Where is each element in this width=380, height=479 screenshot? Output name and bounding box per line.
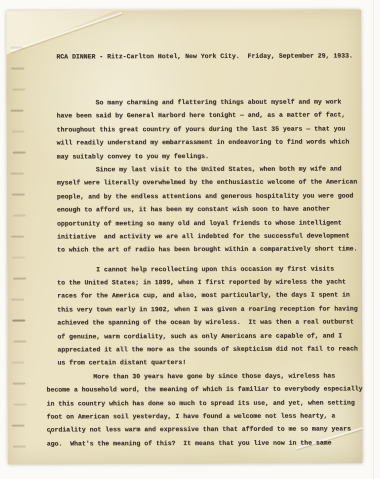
text-line: of genuine, warm cordiality, such as onl… bbox=[57, 329, 357, 343]
text-line: cordiality not less warm and expressive … bbox=[47, 423, 358, 437]
binding-mark bbox=[12, 89, 25, 91]
paragraph: I cannot help recollecting upon this occ… bbox=[57, 262, 357, 370]
text-line: have been said by General Harbord here t… bbox=[57, 109, 357, 123]
paragraph: So many charming and flattering things a… bbox=[57, 95, 357, 163]
text-line: foot on American soil yesterday, I have … bbox=[47, 409, 358, 423]
text-line: may suitably convey to you my feelings. bbox=[57, 149, 357, 163]
document-header: RCA DINNER - Ritz-Carlton Hotel, New Yor… bbox=[56, 51, 352, 61]
text-line: throughout this great country of yours d… bbox=[57, 122, 357, 136]
stray-mark: ' bbox=[48, 430, 53, 440]
text-line: us from certain distant quarters! bbox=[57, 356, 357, 370]
binding-mark bbox=[10, 47, 23, 49]
binding-mark bbox=[11, 173, 24, 175]
paragraph: More than 30 years have gone by since th… bbox=[46, 369, 357, 450]
binding-mark bbox=[13, 446, 26, 448]
binding-mark bbox=[11, 68, 24, 70]
text-line: races for the America cup, and also, mos… bbox=[57, 289, 357, 303]
text-line: appreciated it all the more as the sound… bbox=[57, 342, 357, 356]
text-line: people, and by the endless attentions an… bbox=[57, 189, 357, 203]
paper-sheet: RCA DINNER - Ritz-Carlton Hotel, New Yor… bbox=[6, 9, 363, 464]
binding-mark bbox=[13, 152, 26, 154]
binding-mark bbox=[12, 131, 25, 133]
text-line: achieved the spanning of the ocean by wi… bbox=[57, 316, 357, 330]
text-line: ago. What's the meaning of this? It mean… bbox=[47, 436, 358, 450]
binding-mark bbox=[12, 194, 25, 196]
binding-mark bbox=[11, 110, 24, 112]
binding-mark bbox=[11, 299, 24, 301]
binding-mark bbox=[12, 425, 25, 427]
binding-mark bbox=[12, 257, 25, 259]
text-line: Since my last visit to the United States… bbox=[57, 162, 357, 176]
text-line: to the United States; in 1899, when I fi… bbox=[57, 275, 357, 289]
binding-mark bbox=[13, 341, 26, 343]
document-body: So many charming and flattering things a… bbox=[57, 95, 358, 450]
binding-mark bbox=[13, 278, 26, 280]
text-line: to which the art of radio has been broug… bbox=[57, 243, 357, 257]
text-line: will readily understand my embarrassment… bbox=[57, 136, 357, 150]
binding-mark bbox=[11, 236, 24, 238]
scan-background: RCA DINNER - Ritz-Carlton Hotel, New Yor… bbox=[0, 0, 380, 479]
text-line: opportunity of meeting so many old and l… bbox=[57, 216, 357, 230]
paragraph: Since my last visit to the United States… bbox=[57, 162, 357, 257]
text-line: in this country which has done so much t… bbox=[47, 396, 358, 410]
binding-mark bbox=[11, 362, 24, 364]
binding-mark bbox=[14, 404, 27, 406]
text-line: become a household word, the meaning of … bbox=[47, 383, 358, 397]
text-line: this very town early in 1902, when I was… bbox=[57, 302, 357, 316]
text-line: myself were literally overwhelmed by the… bbox=[57, 176, 357, 190]
text-line: So many charming and flattering things a… bbox=[57, 95, 357, 109]
text-line: enough to afford us, it has been my cons… bbox=[57, 203, 357, 217]
text-line: More than 30 years have gone by since th… bbox=[46, 369, 357, 383]
binding-marks bbox=[6, 11, 34, 465]
binding-mark bbox=[12, 320, 25, 322]
binding-mark bbox=[13, 215, 26, 217]
text-line: initiative and activity we are all indeb… bbox=[57, 229, 357, 243]
binding-mark bbox=[13, 383, 26, 385]
text-line: I cannot help recollecting upon this occ… bbox=[57, 262, 357, 276]
